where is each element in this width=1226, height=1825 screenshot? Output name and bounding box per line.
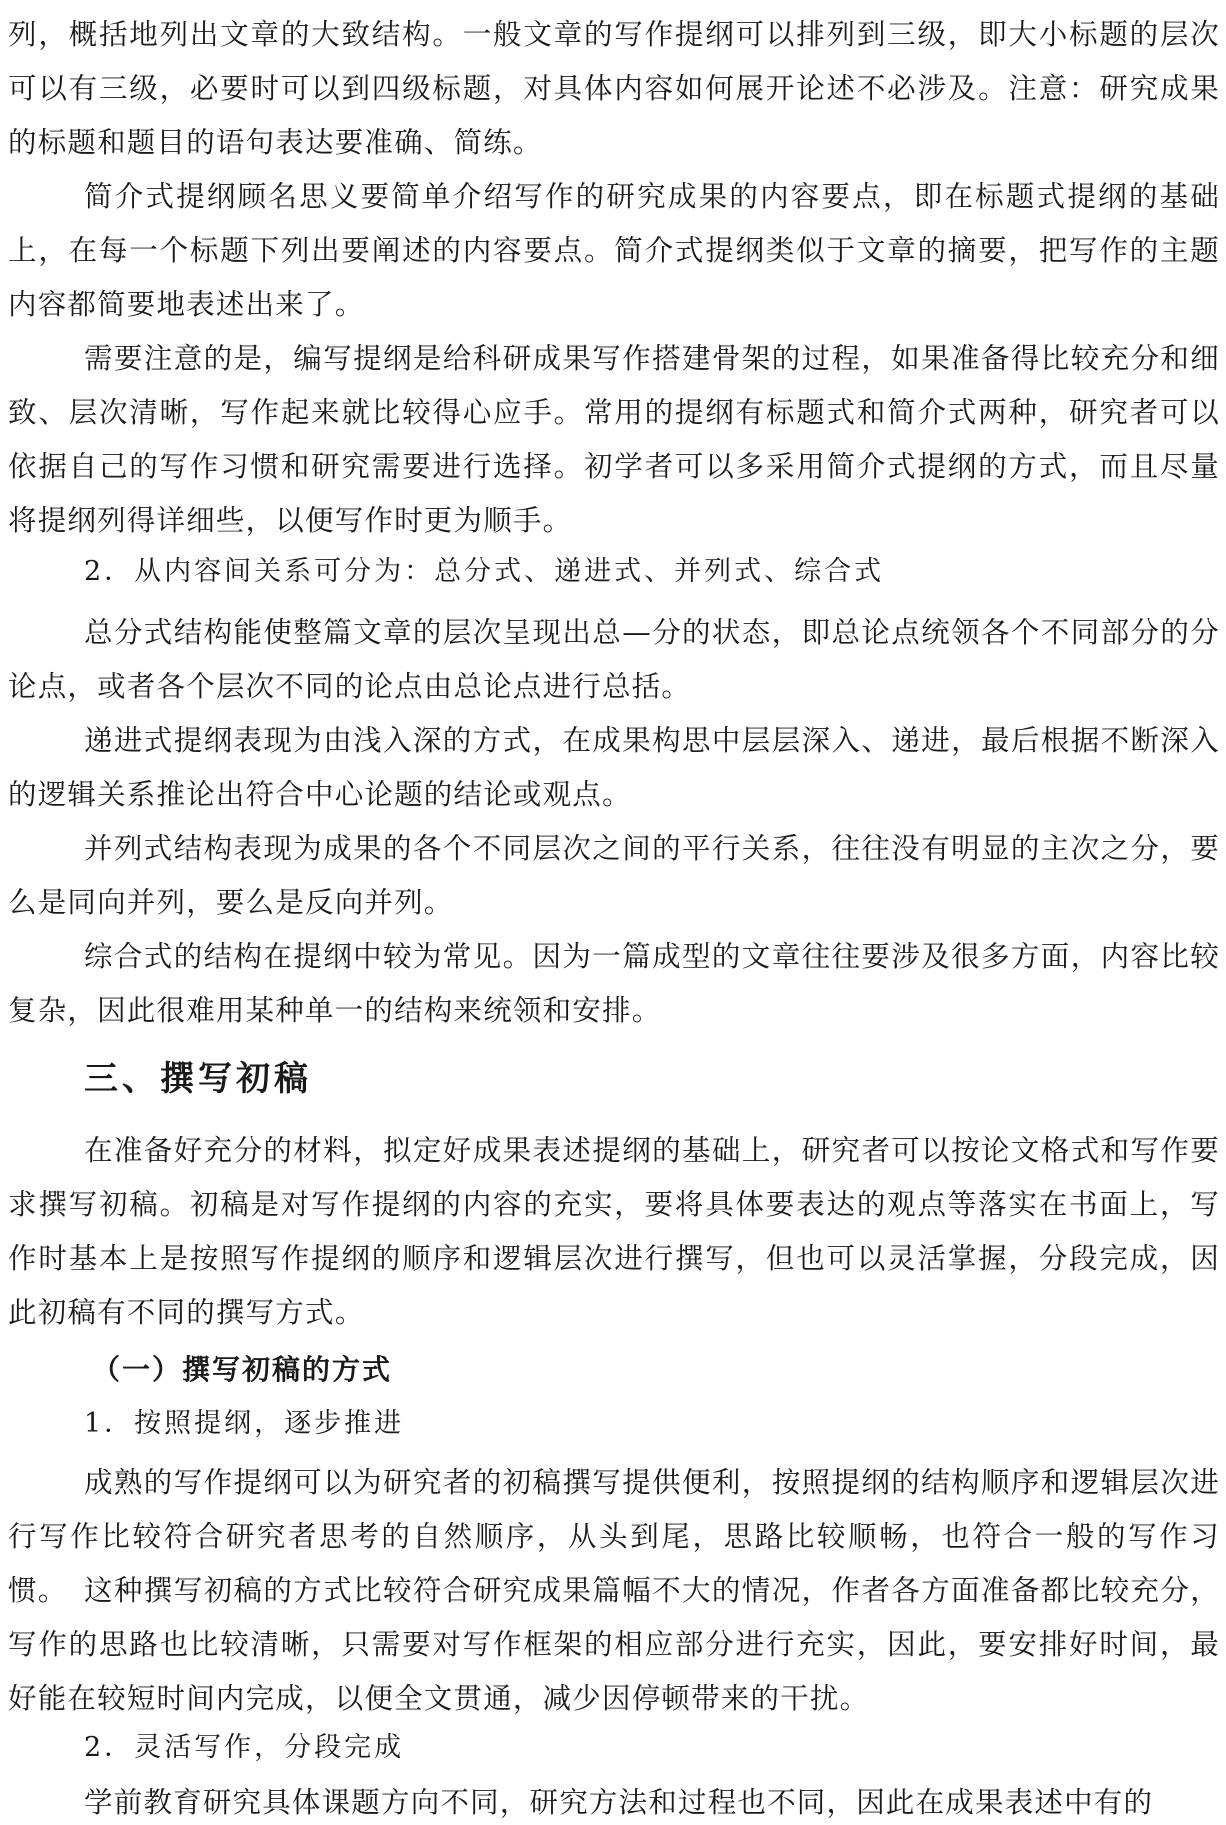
paragraph-outline-levels: 列，概括地列出文章的大致结构。一般文章的写作提纲可以排列到三级，即大小标题的层次… [8, 8, 1220, 170]
paragraph-preschool-research: 学前教育研究具体课题方向不同，研究方法和过程也不同，因此在成果表述中有的 [8, 1776, 1220, 1825]
paragraph-outline-note: 需要注意的是，编写提纲是给科研成果写作搭建骨架的过程，如果准备得比较充分和细致、… [8, 332, 1220, 548]
list-item-content-relations: 2．从内容间关系可分为：总分式、递进式、并列式、综合式 [84, 552, 884, 592]
paragraph-comprehensive: 综合式的结构在提纲中较为常见。因为一篇成型的文章往往要涉及很多方面，内容比较复杂… [8, 930, 1220, 1038]
paragraph-progressive: 递进式提纲表现为由浅入深的方式，在成果构思中层层深入、递进，最后根据不断深入的逻… [8, 714, 1220, 822]
paragraph-draft-method-fit: 这种撰写初稿的方式比较符合研究成果篇幅不大的情况，作者各方面准备都比较充分，写作… [8, 1564, 1220, 1726]
document-page: 列，概括地列出文章的大致结构。一般文章的写作提纲可以排列到三级，即大小标题的层次… [0, 0, 1226, 1825]
paragraph-general-specific: 总分式结构能使整篇文章的层次呈现出总—分的状态，即总论点统领各个不同部分的分论点… [8, 606, 1220, 714]
paragraph-summary-outline: 简介式提纲顾名思义要简单介绍写作的研究成果的内容要点，即在标题式提纲的基础上，在… [8, 170, 1220, 332]
list-item-follow-outline: 1．按照提纲，逐步推进 [84, 1404, 404, 1444]
list-item-flexible-writing: 2．灵活写作，分段完成 [84, 1728, 404, 1768]
section-heading-draft: 三、撰写初稿 [84, 1054, 312, 1104]
subsection-heading-draft-methods: （一）撰写初稿的方式 [92, 1348, 392, 1392]
paragraph-parallel: 并列式结构表现为成果的各个不同层次之间的平行关系，往往没有明显的主次之分，要么是… [8, 822, 1220, 930]
paragraph-draft-intro: 在准备好充分的材料，拟定好成果表述提纲的基础上，研究者可以按论文格式和写作要求撰… [8, 1124, 1220, 1340]
